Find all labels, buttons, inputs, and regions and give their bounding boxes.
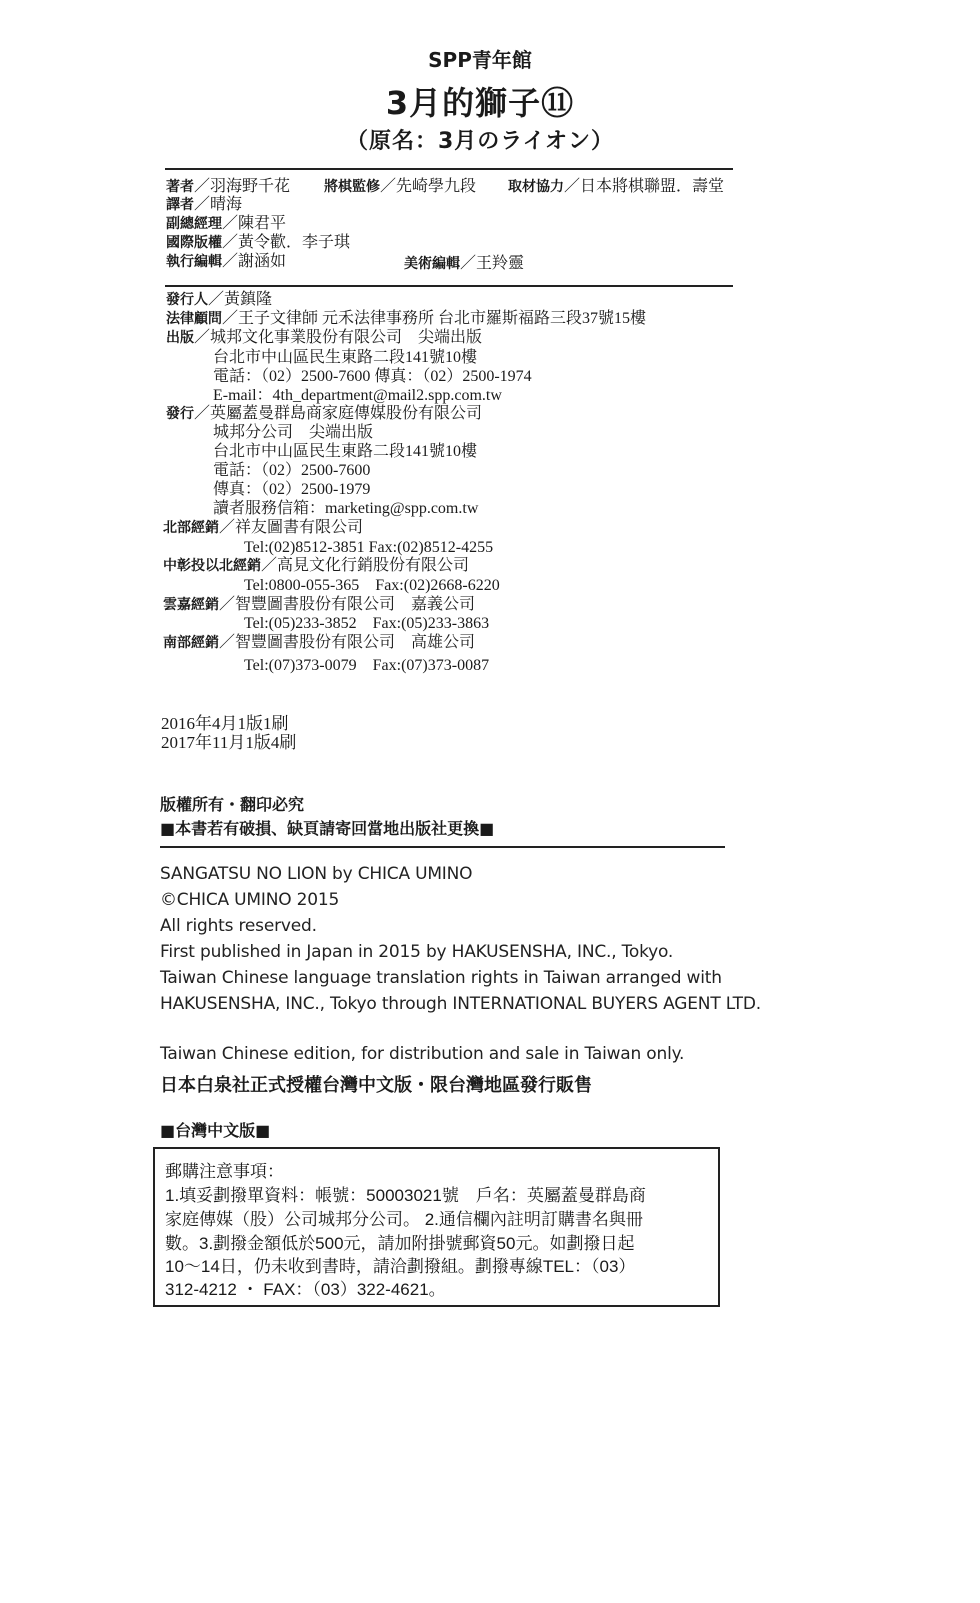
publisher-email: E-mail：4th_department@mail2.spp.com.tw: [213, 386, 502, 405]
english-copyright: ©CHICA UMINO 2015: [160, 890, 339, 910]
mail-order-line: 10～14日，仍未收到書時，請洽劃撥組。劃撥專線TEL：（03）: [165, 1252, 635, 1277]
mail-order-line: 312-4212 ・ FAX：（03）322-4621。: [165, 1275, 446, 1300]
distributor-address: 台北市中山區民生東路二段141號10樓: [213, 442, 477, 461]
edition-chinese: 日本白泉社正式授權台灣中文版・限台灣地區發行販售: [160, 1071, 592, 1097]
english-all-rights: All rights reserved.: [160, 916, 317, 936]
mail-order-line: 1.填妥劃撥單資料：帳號：50003021號 戶名：英屬蓋曼群島商: [165, 1181, 646, 1206]
distributor-fax: 傳真：（02）2500-1979: [213, 480, 370, 499]
credit-author: 著者／羽海野千花: [166, 177, 290, 197]
colophon-page: SPP青年館 3月的獅子⑪ （原名：3月のライオン） 著者／羽海野千花 將棋監修…: [0, 0, 980, 1603]
english-title-credit: SANGATSU NO LION by CHICA UMINO: [160, 864, 472, 884]
regional-yunjia: 雲嘉經銷／智豐圖書股份有限公司 嘉義公司: [163, 595, 475, 615]
regional-north-contact: Tel:(02)8512-3851 Fax:(02)8512-4255: [244, 538, 493, 557]
divider: [160, 846, 725, 848]
original-title: （原名：3月のライオン）: [160, 124, 800, 155]
regional-central-contact: Tel:0800-055-365 Fax:(02)2668-6220: [244, 576, 500, 595]
mail-order-title: 郵購注意事項：: [165, 1157, 284, 1182]
regional-south-contact: Tel:(07)373-0079 Fax:(07)373-0087: [244, 656, 489, 675]
regional-central: 中彰投以北經銷／高見文化行銷股份有限公司: [163, 556, 469, 576]
credit-research-cooperation: 取材協力／日本將棋聯盟．壽堂: [508, 177, 724, 197]
divider: [165, 168, 733, 170]
distributor: 發行／英屬蓋曼群島商家庭傳媒股份有限公司: [166, 404, 482, 424]
mail-order-line: 家庭傳媒（股）公司城邦分公司。 2.通信欄內註明訂購書名與冊: [165, 1205, 643, 1230]
publisher: 出版／城邦文化事業股份有限公司 尖端出版: [166, 328, 482, 348]
edition-english: Taiwan Chinese edition, for distribution…: [160, 1044, 684, 1064]
distributor-branch: 城邦分公司 尖端出版: [213, 423, 373, 442]
english-translation-rights: Taiwan Chinese language translation righ…: [160, 968, 722, 988]
credit-shogi-supervisor: 將棋監修／先崎學九段: [324, 177, 476, 197]
divider: [165, 285, 733, 287]
publisher-address: 台北市中山區民生東路二段141號10樓: [213, 348, 477, 367]
copyright-notice: 版權所有・翻印必究: [160, 792, 304, 815]
credit-art-editor: 美術編輯／王羚靈: [404, 254, 524, 274]
edition-heading: ■台灣中文版■: [160, 1118, 270, 1141]
mail-order-notice-box: 郵購注意事項： 1.填妥劃撥單資料：帳號：50003021號 戶名：英屬蓋曼群島…: [153, 1147, 720, 1307]
credit-intl-rights: 國際版權／黃令歡．李子琪: [166, 233, 350, 253]
regional-north: 北部經銷／祥友圖書有限公司: [163, 518, 363, 538]
issuer: 發行人／黃鎮隆: [166, 290, 272, 310]
mail-order-line: 數。3.劃撥金額低於500元，請加附掛號郵資50元。如劃撥日起: [165, 1229, 634, 1254]
credit-deputy-gm: 副總經理／陳君平: [166, 214, 286, 234]
book-title: 3月的獅子⑪: [160, 78, 800, 124]
credit-executive-editor: 執行編輯／謝涵如: [166, 252, 286, 272]
credit-translator: 譯者／晴海: [166, 195, 242, 215]
regional-south: 南部經銷／智豐圖書股份有限公司 高雄公司: [163, 633, 475, 653]
regional-yunjia-contact: Tel:(05)233-3852 Fax:(05)233-3863: [244, 614, 489, 633]
publisher-phone: 電話：（02）2500-7600 傳真：（02）2500-1974: [213, 367, 532, 386]
distributor-phone: 電話：（02）2500-7600: [213, 461, 370, 480]
legal-counsel: 法律顧問／王子文律師 元禾法律事務所 台北市羅斯福路三段37號15樓: [166, 309, 646, 329]
imprint-name: SPP青年館: [160, 44, 800, 73]
damage-replacement-notice: ■本書若有破損、缺頁請寄回當地出版社更換■: [160, 816, 494, 839]
english-agent: HAKUSENSHA, INC., Tokyo through INTERNAT…: [160, 994, 761, 1014]
english-first-published: First published in Japan in 2015 by HAKU…: [160, 942, 673, 962]
reader-service-email: 讀者服務信箱：marketing@spp.com.tw: [213, 499, 478, 518]
printing-latest: 2017年11月1版4刷: [161, 728, 296, 753]
